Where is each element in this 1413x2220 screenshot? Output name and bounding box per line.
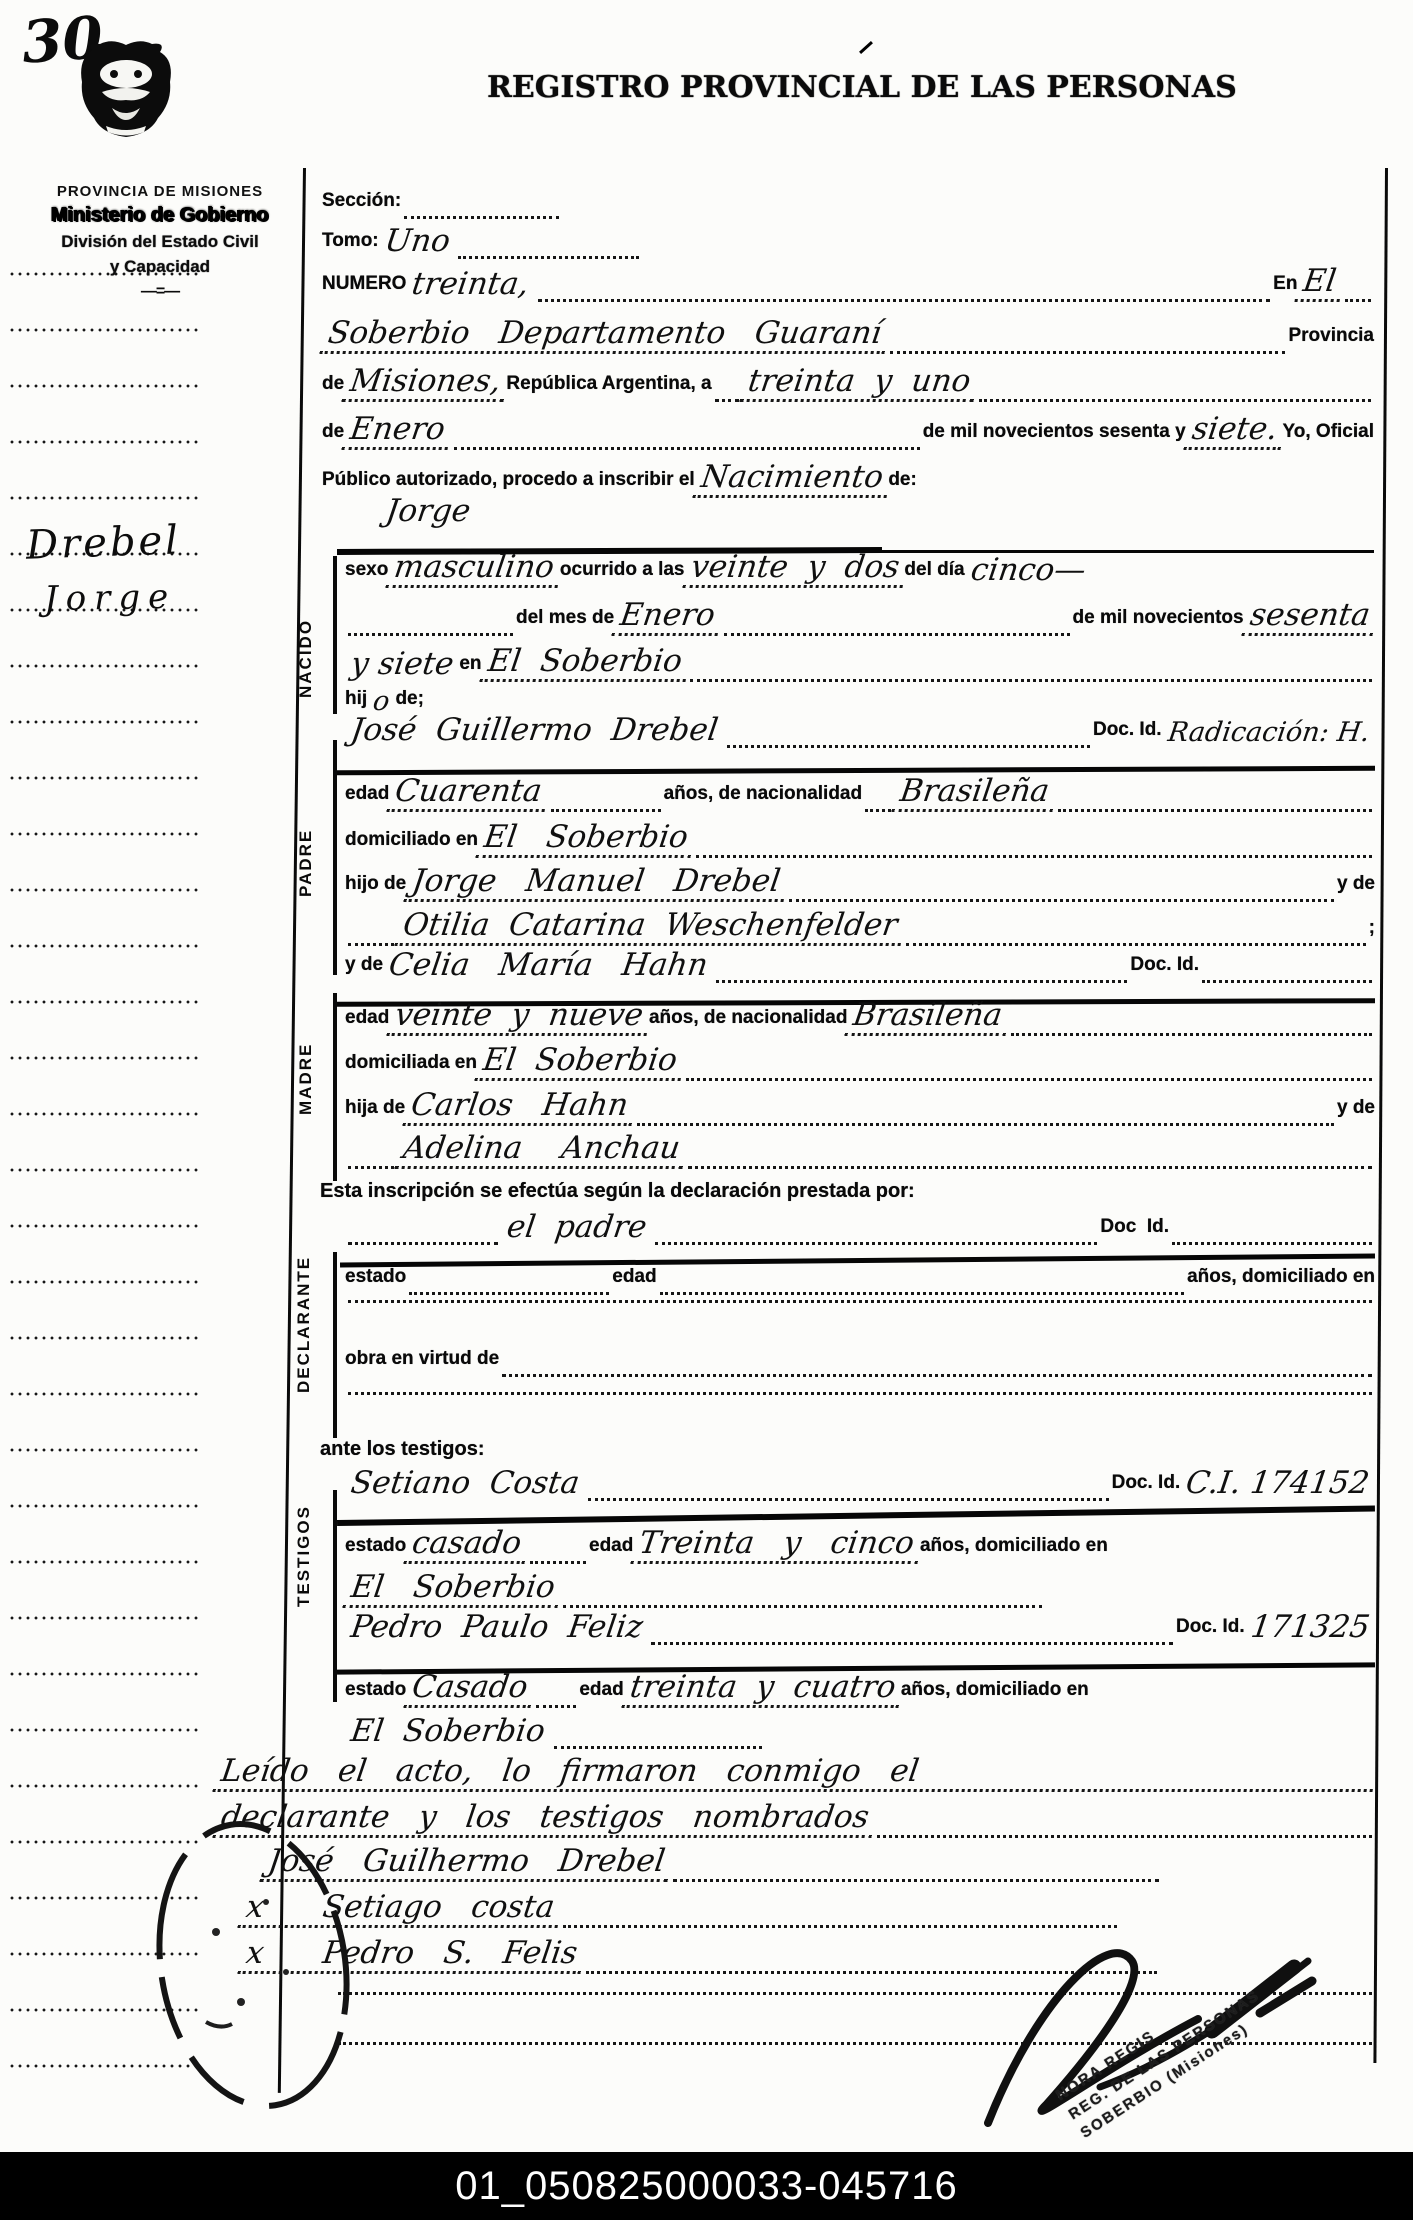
letterhead-ministry: Ministerio de Gobierno [10, 204, 310, 227]
row-cierre-2: declarante y los testigos nombrados [215, 1802, 1375, 1838]
value-padre-doc: Radicación: H. [1160, 719, 1377, 748]
value-testigo2-edad: treinta y cuatro [621, 1672, 903, 1708]
label-testigo2-doc: Doc. Id. [1176, 1616, 1245, 1645]
dotted-rule [1172, 1242, 1372, 1245]
row-declarante-blank2 [345, 1392, 1375, 1395]
value-dia-nacimiento: cinco— [962, 555, 1093, 588]
row-madre-domicilio: domiciliada en El Soberbio [345, 1045, 1375, 1081]
label-republica: República Argentina, a [506, 373, 711, 402]
label-padre-domicilio: domiciliado en [345, 829, 478, 858]
oval-stamp-icon [146, 1812, 360, 2118]
dotted-rule [660, 1292, 1184, 1295]
value-decada: sesenta [1241, 600, 1377, 636]
label-yo-oficial: Yo, Oficial [1282, 421, 1374, 450]
dotted-rule [551, 809, 661, 812]
label-padre-nacionalidad: años, de nacionalidad [664, 783, 863, 812]
row-declarante-blank [345, 1300, 1375, 1303]
dotted-rule [655, 1242, 1097, 1245]
dotted-rule [727, 745, 1090, 748]
label-sexo: sexo [345, 559, 388, 588]
dotted-rule [502, 1374, 1372, 1377]
section-label-nacido: NACIDO [296, 598, 316, 698]
value-hora: veinte y dos [682, 552, 907, 588]
row-padre-domicilio: domiciliado en El Soberbio [345, 822, 1375, 858]
row-testigo1-estado: estado casado edad Treinta y cinco años,… [345, 1528, 1375, 1564]
row-testigo2-lugar: El Soberbio [345, 1716, 765, 1749]
dotted-rule [454, 447, 920, 450]
value-anio-nacimiento: y siete [343, 649, 462, 682]
row-declaracion-intro: Esta inscripción se efectúa según la dec… [320, 1180, 1220, 1210]
label-padre-hijo-de: hijo de [345, 873, 406, 902]
dotted-rule [554, 1746, 762, 1749]
dotted-rule [789, 899, 1334, 902]
value-madre-nacionalidad: Brasileña [845, 1000, 1011, 1036]
value-dia-registro: treinta y uno [739, 366, 978, 402]
value-testigo2-lugar: El Soberbio [343, 1716, 553, 1749]
row-seccion: Sección: [322, 190, 562, 219]
row-firma-declarante: José Guilhermo Drebel [262, 1846, 1162, 1882]
value-sexo: masculino [386, 552, 563, 588]
dotted-rule [530, 1561, 586, 1564]
label-de2: de [322, 421, 344, 450]
dotted-rule [696, 855, 1372, 858]
row-cierre-1: Leído el acto, lo firmaron conmigo el [215, 1756, 1375, 1792]
row-testigo1-nombre: Setiano Costa Doc. Id. C.I. 174152 [345, 1468, 1375, 1501]
label-punto-coma: ; [1369, 917, 1375, 946]
ink-speck [859, 41, 873, 54]
row-madre-nombre: y de Celia María Hahn Doc. Id. [345, 950, 1375, 983]
document-code: 01_050825000033-045716 [455, 2164, 958, 2209]
dotted-rule [1202, 980, 1372, 983]
value-testigo1-doc: C.I. 174152 [1178, 1468, 1377, 1501]
label-madre-edad: edad [345, 1007, 389, 1036]
label-padre-y-de: y de [1337, 873, 1375, 902]
dotted-rule [538, 299, 1270, 302]
value-testigo2-estado: Casado [404, 1672, 536, 1708]
section-label-testigos: TESTIGOS [294, 1492, 314, 1607]
value-lugar-nacimiento: El Soberbio [479, 646, 690, 682]
dotted-rule [348, 1242, 498, 1245]
dotted-rule [865, 809, 891, 812]
row-abuelo-materno: hija de Carlos Hahn y de [345, 1090, 1375, 1126]
label-padre-edad: edad [345, 783, 389, 812]
label-de: de [322, 373, 344, 402]
value-testigo2-nombre: Pedro Paulo Feliz [343, 1612, 651, 1645]
dotted-rule [348, 943, 394, 946]
dotted-rule [673, 1879, 1159, 1882]
row-madre-edad: edad veinte y nueve años, de nacionalida… [345, 1000, 1375, 1036]
value-padre-domicilio: El Soberbio [476, 822, 696, 858]
label-tomo: Tomo: [322, 230, 379, 259]
label-madre-doc: Doc. Id. [1130, 954, 1199, 983]
dotted-rule [724, 633, 1070, 636]
dotted-rule [637, 1123, 1334, 1126]
label-del-mes: del mes de [516, 607, 614, 636]
row-testigo1-lugar: El Soberbio [345, 1572, 1045, 1608]
value-en-lugar: El [1295, 266, 1345, 302]
label-testigo1-estado: estado [345, 1535, 406, 1564]
row-obra-virtud: obra en virtud de [345, 1348, 1375, 1377]
value-acto: Nacimiento [692, 462, 891, 498]
letterhead-province: PROVINCIA DE MISIONES [10, 183, 310, 200]
row-testigo2-nombre: Pedro Paulo Feliz Doc. Id. 171325 [345, 1612, 1375, 1645]
value-madre-domicilio: El Soberbio [474, 1045, 685, 1081]
label-madre-domicilio: domiciliada en [345, 1052, 477, 1081]
section-label-madre: MADRE [296, 1030, 316, 1115]
label-testigo1-domicilio: años, domiciliado en [920, 1535, 1108, 1564]
dotted-rule [715, 399, 739, 402]
value-madre-nombre: Celia María Hahn [381, 950, 716, 983]
label-madre-nacionalidad: años, de nacionalidad [649, 1007, 848, 1036]
margin-given-name: Jorge [44, 577, 177, 619]
label-declaracion-intro: Esta inscripción se efectúa según la dec… [320, 1180, 915, 1210]
dotted-rule [690, 679, 1372, 682]
value-padre-edad: Cuarenta [387, 776, 550, 812]
value-numero: treinta, [404, 269, 537, 302]
dotted-rule [588, 1498, 1109, 1501]
row-abuelo-paterno: hijo de Jorge Manuel Drebel y de [345, 866, 1375, 902]
row-firma-testigo1: x Setiago costa [240, 1892, 1120, 1928]
scanned-birth-record: 30 PROVINCIA DE MISIONES Ministerio de G… [0, 0, 1413, 2220]
label-declarante-estado: estado [345, 1266, 406, 1295]
label-de3: de: [888, 469, 917, 498]
footer-bar: 01_050825000033-045716 [0, 2152, 1413, 2220]
section-bar-declarante [333, 1252, 337, 1438]
label-testigo2-estado: estado [345, 1679, 406, 1708]
rule-heavy [337, 1506, 1375, 1526]
value-localidad: Soberbio Departamento Guaraní [319, 318, 889, 354]
label-del-dia: del día [904, 559, 964, 588]
value-mes-registro: Enero [342, 414, 453, 450]
dotted-rule [348, 633, 513, 636]
dotted-rule [563, 1605, 1042, 1608]
row-abuela-paterna: Otilia Catarina Weschenfelder ; [345, 910, 1375, 946]
dotted-rule [877, 1835, 1372, 1838]
label-testigos-intro: ante los testigos: [320, 1438, 484, 1468]
label-publico: Público autorizado, procedo a inscribir … [322, 469, 695, 498]
value-nombre-nacido: Jorge [378, 496, 479, 529]
dotted-rule [536, 1705, 576, 1708]
value-testigo1-edad: Treinta y cinco [631, 1528, 923, 1564]
section-bar-nacido [333, 556, 337, 714]
dotted-rule [688, 1166, 1372, 1169]
row-padre-nombre: José Guillermo Drebel Doc. Id. Radicació… [345, 715, 1375, 748]
label-madre-y-de: y de [345, 954, 383, 983]
row-declarante-estado: estado edad años, domiciliado en [345, 1266, 1375, 1295]
label-ocurrido: ocurrido a las [560, 559, 685, 588]
value-testigo1-nombre: Setiano Costa [343, 1468, 588, 1501]
value-padre-nacionalidad: Brasileña [892, 776, 1058, 812]
row-abuela-materna: Adelina Anchau [345, 1133, 1375, 1169]
label-numero: NUMERO [322, 273, 406, 302]
margin-surname: Drebel [25, 517, 181, 568]
value-anio-registro: siete. [1183, 414, 1285, 450]
row-declarante-nombre: el padre Doc Id. [345, 1212, 1375, 1245]
dotted-rule [404, 216, 559, 219]
value-padre-nombre: José Guillermo Drebel [343, 715, 726, 748]
label-mil-novecientos: de mil novecientos sesenta y [923, 421, 1186, 450]
value-testigo1-estado: casado [404, 1528, 530, 1564]
label-obra-virtud: obra en virtud de [345, 1348, 499, 1377]
section-bar-madre [333, 993, 337, 1181]
label-testigo1-edad: edad [589, 1535, 633, 1564]
label-testigo2-domicilio: años, domiciliado en [901, 1679, 1089, 1708]
value-testigo2-doc: 171325 [1242, 1612, 1377, 1645]
label-seccion: Sección: [322, 190, 401, 219]
label-novecientos: de mil novecientos [1073, 607, 1244, 636]
value-abuelo-materno: Carlos Hahn [403, 1090, 637, 1126]
dotted-rule [979, 399, 1371, 402]
row-sexo: sexo masculino ocurrido a las veinte y d… [345, 552, 1375, 588]
dotted-rule [651, 1642, 1173, 1645]
value-madre-edad: veinte y nueve [387, 1000, 652, 1036]
row-lugar-nacimiento: y siete en El Soberbio [345, 646, 1375, 682]
label-declarante-edad: edad [612, 1266, 656, 1295]
label-madre-y-de2: y de [1337, 1097, 1375, 1126]
label-testigo2-edad: edad [579, 1679, 623, 1708]
row-mes-nacimiento: del mes de Enero de mil novecientos sese… [345, 600, 1375, 636]
dotted-rule [409, 1292, 609, 1295]
row-provincia-fecha: de Misiones, República Argentina, a trei… [322, 366, 1374, 402]
row-localidad: Soberbio Departamento Guaraní Provincia [322, 318, 1374, 354]
dotted-rule [716, 980, 1127, 983]
value-declarante: el padre [499, 1212, 655, 1245]
label-testigo1-doc: Doc. Id. [1112, 1472, 1181, 1501]
value-abuela-materna: Adelina Anchau [394, 1133, 687, 1169]
row-testigos-intro: ante los testigos: [320, 1438, 720, 1468]
form-title: REGISTRO PROVINCIAL DE LAS PERSONAS [487, 70, 1237, 105]
value-tomo: Uno [376, 226, 457, 259]
label-en-lugar: en [459, 653, 481, 682]
row-tomo: Tomo: Uno [322, 226, 642, 259]
dotted-rule [348, 1300, 1372, 1303]
row-padre-edad: edad Cuarenta años, de nacionalidad Bras… [345, 776, 1375, 812]
row-nombre-nacido: Jorge [380, 496, 780, 529]
dotted-rule [1058, 809, 1372, 812]
value-provincia: Misiones, [342, 366, 509, 402]
dotted-rule [458, 256, 639, 259]
label-padre-doc: Doc. Id. [1093, 719, 1162, 748]
value-abuelo-paterno: Jorge Manuel Drebel [404, 866, 789, 902]
label-declarante-domicilio: años, domiciliado en [1187, 1266, 1375, 1295]
dotted-rule [563, 1925, 1117, 1928]
section-label-declarante: DECLARANTE [294, 1258, 314, 1393]
value-testigo1-lugar: El Soberbio [342, 1572, 562, 1608]
row-testigo2-estado: estado Casado edad treinta y cuatro años… [345, 1672, 1375, 1708]
row-numero: NUMERO treinta, En El [322, 266, 1374, 302]
value-mes-nacimiento: Enero [612, 600, 723, 636]
dotted-rule [890, 351, 1285, 354]
value-abuela-paterna: Otilia Catarina Weschenfelder [394, 910, 905, 946]
label-madre-hija-de: hija de [345, 1097, 405, 1126]
section-label-padre: PADRE [296, 812, 316, 897]
provincial-seal-icon [72, 40, 180, 140]
dotted-rule [686, 1078, 1372, 1081]
dotted-rule [1011, 1033, 1372, 1036]
dotted-rule [348, 1166, 394, 1169]
label-provincia: Provincia [1288, 325, 1374, 354]
label-declarante-doc: Doc Id. [1100, 1216, 1169, 1245]
right-border [1373, 168, 1388, 2063]
dotted-rule [348, 1392, 1372, 1395]
closing-text-line1: Leído el acto, lo firmaron conmigo el [212, 1756, 1377, 1792]
dotted-rule [1345, 299, 1371, 302]
dotted-rule [906, 943, 1366, 946]
row-mes-anio: de Enero de mil novecientos sesenta y si… [322, 414, 1374, 450]
label-en: En [1273, 273, 1297, 302]
